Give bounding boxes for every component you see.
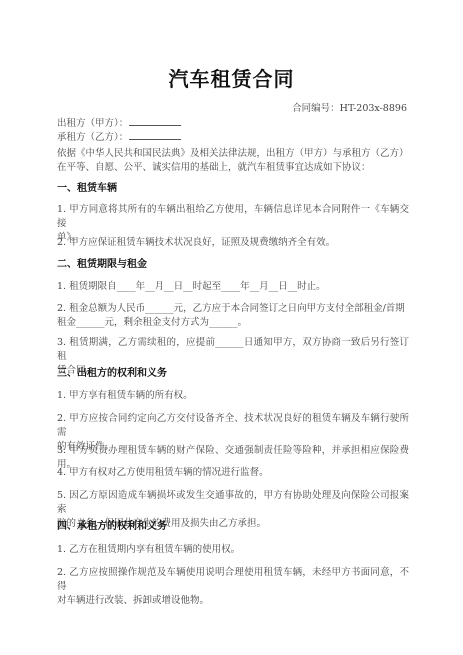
contract-page: 汽车租赁合同 合同编号：HT-203x-8896 出租方（甲方）： 承租方（乙方… bbox=[0, 0, 463, 655]
clause-4-2: 2. 乙方应按照操作规范及车辆使用说明合理使用租赁车辆，未经甲方书面同意，不得 … bbox=[57, 566, 409, 608]
lessee-label: 承租方（乙方）： bbox=[57, 132, 128, 143]
clause-line: 2. 甲方应按合同约定向乙方交付设备齐全、技术状况良好的租赁车辆及车辆行驶所需 bbox=[57, 412, 409, 440]
preamble: 依据《中华人民共和国民法典》及相关法律法规，出租方（甲方）与承租方（乙方） 在平… bbox=[57, 147, 409, 175]
clause-line: 对车辆进行改装、拆卸或增设他物。 bbox=[57, 594, 409, 608]
clause-line: 2. 乙方应按照操作规范及车辆使用说明合理使用租赁车辆，未经甲方书面同意，不得 bbox=[57, 566, 409, 594]
clause-3-4: 4. 甲方有权对乙方使用租赁车辆的情况进行监督。 bbox=[57, 466, 409, 480]
preamble-line: 依据《中华人民共和国民法典》及相关法律法规，出租方（甲方）与承租方（乙方） bbox=[57, 147, 409, 161]
section-heading-2: 二、租赁期限与租金 bbox=[57, 258, 147, 272]
clause-2-1: 1. 租赁期限自____年__月__日__时起至____年__月__日__时止。 bbox=[57, 280, 409, 294]
section-heading-3: 三、出租方的权利和义务 bbox=[57, 367, 167, 381]
clause-line: 5. 因乙方原因造成车辆损坏或发生交通事故的，甲方有协助处理及向保险公司报案索 bbox=[57, 489, 409, 517]
clause-line: 3. 租赁期满，乙方需续租的，应提前______日通知甲方，双方协商一致后另行签… bbox=[57, 336, 409, 364]
clause-3-1: 1. 甲方享有租赁车辆的所有权。 bbox=[57, 389, 409, 403]
lessee-line: 承租方（乙方）： bbox=[57, 130, 181, 145]
lessor-blank-field bbox=[129, 116, 181, 126]
contract-number: 合同编号：HT-203x-8896 bbox=[292, 102, 407, 116]
clause-4-1: 1. 乙方在租赁期内享有租赁车辆的使用权。 bbox=[57, 543, 409, 557]
clause-line: 租金______元，剩余租金支付方式为______。 bbox=[57, 316, 409, 330]
document-title: 汽车租赁合同 bbox=[0, 66, 463, 92]
lessor-line: 出租方（甲方）： bbox=[57, 116, 181, 131]
section-heading-1: 一、租赁车辆 bbox=[57, 182, 117, 196]
clause-line: 1. 乙方在租赁期内享有租赁车辆的使用权。 bbox=[57, 543, 409, 557]
clause-line: 1. 租赁期限自____年__月__日__时起至____年__月__日__时止。 bbox=[57, 280, 409, 294]
lessee-blank-field bbox=[129, 130, 181, 140]
section-heading-4: 四、承租方的权利和义务 bbox=[57, 520, 167, 534]
clause-1-2: 2. 甲方应保证租赁车辆技术状况良好，证照及规费缴纳齐全有效。 bbox=[57, 236, 409, 250]
clause-line: 1. 甲方同意将其所有的车辆出租给乙方使用，车辆信息详见本合同附件一《车辆交接 bbox=[57, 203, 409, 231]
clause-line: 4. 甲方有权对乙方使用租赁车辆的情况进行监督。 bbox=[57, 466, 409, 480]
clause-line: 2. 甲方应保证租赁车辆技术状况良好，证照及规费缴纳齐全有效。 bbox=[57, 236, 409, 250]
preamble-line: 在平等、自愿、公平、诚实信用的基础上，就汽车租赁事宜达成如下协议： bbox=[57, 161, 409, 175]
clause-2-2: 2. 租金总额为人民币______元，乙方应于本合同签订之日向甲方支付全部租金/… bbox=[57, 302, 409, 330]
clause-line: 2. 租金总额为人民币______元，乙方应于本合同签订之日向甲方支付全部租金/… bbox=[57, 302, 409, 316]
clause-line: 1. 甲方享有租赁车辆的所有权。 bbox=[57, 389, 409, 403]
lessor-label: 出租方（甲方）： bbox=[57, 118, 128, 129]
